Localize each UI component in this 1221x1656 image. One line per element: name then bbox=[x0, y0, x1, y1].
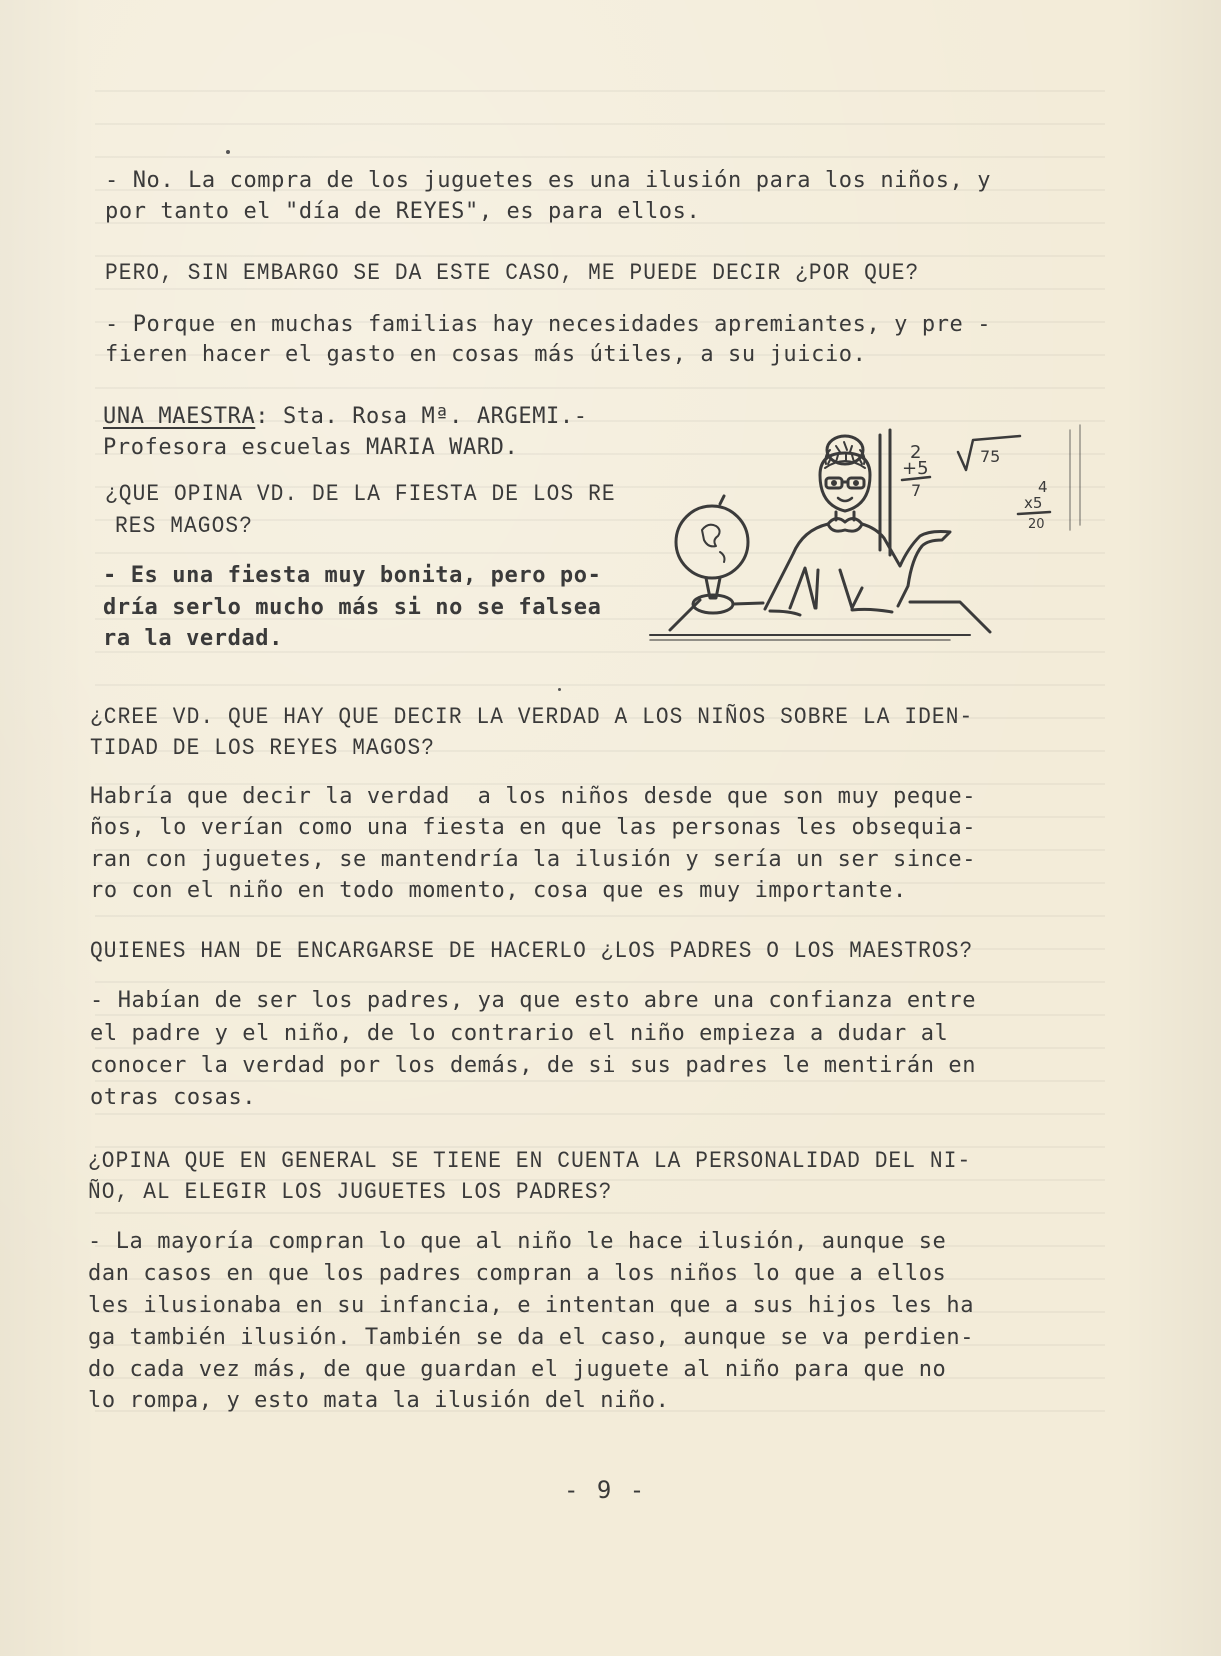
svg-text:75: 75 bbox=[980, 447, 1000, 466]
answer-6-line-6: lo rompa, y esto mata la ilusión del niñ… bbox=[88, 1390, 670, 1412]
svg-text:20: 20 bbox=[1028, 517, 1045, 532]
interviewee-role: UNA MAESTRA bbox=[103, 404, 255, 429]
chalkboard-icon: 2 +5 7 75 4 x5 20 bbox=[880, 425, 1080, 555]
desk-icon bbox=[650, 600, 990, 640]
answer-4-line-4: ro con el niño en todo momento, cosa que… bbox=[90, 880, 907, 902]
interviewee-line: UNA MAESTRA: Sta. Rosa Mª. ARGEMI.- bbox=[103, 406, 588, 428]
answer-6-line-5: do cada vez más, de que guardan el jugue… bbox=[88, 1359, 946, 1381]
answer-4-line-1: Habría que decir la verdad a los niños d… bbox=[90, 786, 976, 808]
question-2-line-1: ¿QUE OPINA VD. DE LA FIESTA DE LOS RE bbox=[105, 483, 616, 506]
answer-4-line-2: ños, lo verían como una fiesta en que la… bbox=[90, 817, 976, 839]
answer-3-line-2: dría serlo mucho más si no se falsea bbox=[103, 597, 601, 619]
answer-5-line-3: conocer la verdad por los demás, de si s… bbox=[90, 1055, 976, 1077]
question-1: PERO, SIN EMBARGO SE DA ESTE CASO, ME PU… bbox=[105, 262, 919, 285]
answer-5-line-2: el padre y el niño, de lo contrario el n… bbox=[90, 1023, 948, 1045]
answer-6-line-2: dan casos en que los padres compran a lo… bbox=[88, 1263, 946, 1285]
interviewee-title: Profesora escuelas MARIA WARD. bbox=[103, 437, 518, 459]
document-page: - No. La compra de los juguetes es una i… bbox=[0, 0, 1221, 1656]
answer-2-line-1: - Porque en muchas familias hay necesida… bbox=[105, 314, 991, 336]
question-4: QUIENES HAN DE ENCARGARSE DE HACERLO ¿LO… bbox=[90, 940, 973, 963]
answer-6-line-1: - La mayoría compran lo que al niño le h… bbox=[88, 1231, 946, 1253]
question-3-line-1: ¿CREE VD. QUE HAY QUE DECIR LA VERDAD A … bbox=[90, 706, 973, 729]
teacher-illustration: 2 +5 7 75 4 x5 20 bbox=[640, 420, 1110, 660]
ink-speck bbox=[558, 688, 561, 691]
answer-3-line-1: - Es una fiesta muy bonita, pero po- bbox=[103, 565, 601, 587]
page-number: - 9 - bbox=[564, 1476, 646, 1504]
question-2-line-2: RES MAGOS? bbox=[115, 515, 253, 538]
answer-6-line-3: les ilusionaba en su infancia, e intenta… bbox=[88, 1295, 974, 1317]
question-3-line-2: TIDAD DE LOS REYES MAGOS? bbox=[90, 737, 435, 760]
answer-4-line-3: ran con juguetes, se mantendría la ilusi… bbox=[90, 849, 976, 871]
answer-3-line-3: ra la verdad. bbox=[103, 628, 283, 650]
interviewee-name: : Sta. Rosa Mª. ARGEMI.- bbox=[255, 404, 587, 429]
svg-text:7: 7 bbox=[911, 481, 921, 500]
globe-icon bbox=[676, 496, 748, 613]
question-5-line-2: ÑO, AL ELEGIR LOS JUGUETES LOS PADRES? bbox=[88, 1181, 612, 1204]
svg-text:x5: x5 bbox=[1024, 494, 1042, 512]
svg-text:+5: +5 bbox=[902, 458, 929, 479]
ink-speck bbox=[226, 150, 230, 154]
answer-1-line-2: por tanto el "día de REYES", es para ell… bbox=[105, 201, 700, 223]
answer-5-line-1: - Habían de ser los padres, ya que esto … bbox=[90, 990, 976, 1012]
question-5-line-1: ¿OPINA QUE EN GENERAL SE TIENE EN CUENTA… bbox=[88, 1150, 971, 1173]
answer-2-line-2: fieren hacer el gasto en cosas más útile… bbox=[105, 344, 866, 366]
answer-5-line-4: otras cosas. bbox=[90, 1087, 256, 1109]
answer-6-line-4: ga también ilusión. También se da el cas… bbox=[88, 1327, 974, 1349]
answer-1-line-1: - No. La compra de los juguetes es una i… bbox=[105, 170, 991, 192]
